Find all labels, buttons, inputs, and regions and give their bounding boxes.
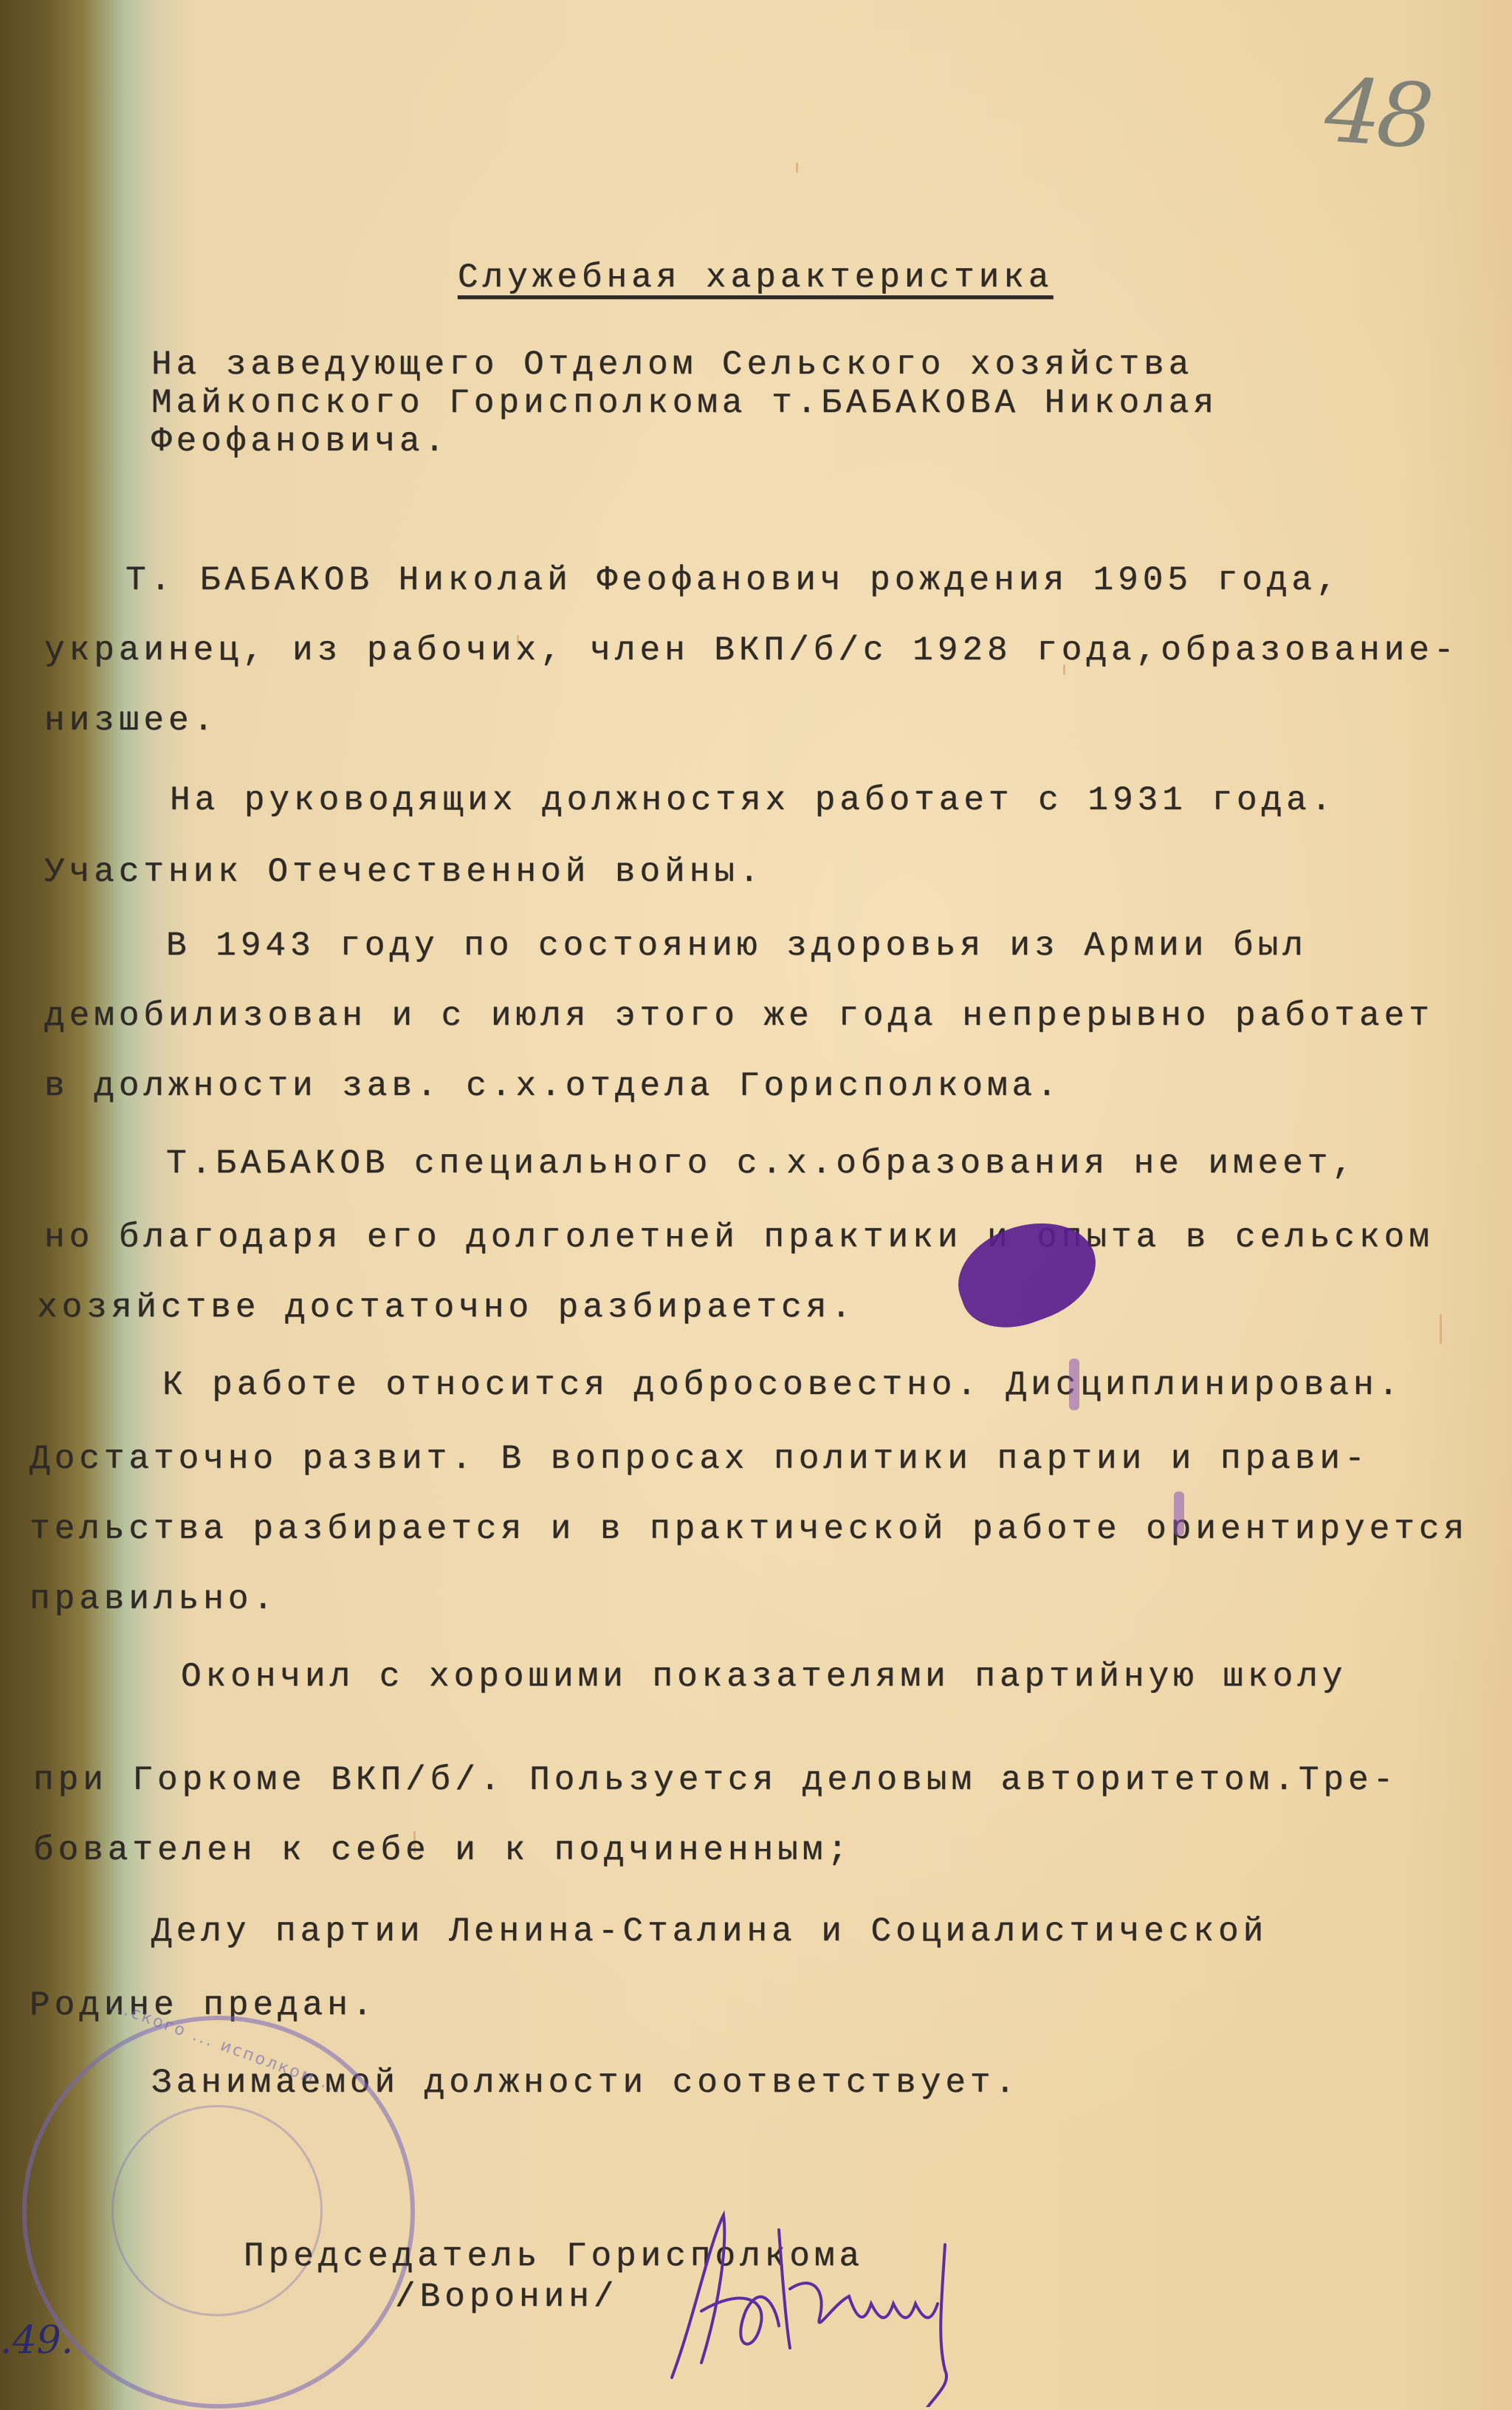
body-line: тельства разбирается и в практической ра… [30,1510,1468,1548]
body-line: Достаточно развит. В вопросах политики п… [30,1440,1370,1478]
ink-smudge [1069,1359,1079,1410]
body-line: в должности зав. с.х.отдела Горисполкома… [44,1067,1062,1105]
subject-line: На заведующего Отделом Сельского хозяйст… [151,346,1193,384]
body-line: Участник Отечественной войны. [44,853,764,891]
paper-speck [796,162,798,173]
handwritten-date: .49. [0,2318,73,2363]
body-line: Т.БАБАКОВ специального с.х.образования н… [166,1144,1357,1183]
document-title: Служебная характеристика [458,258,1054,297]
body-line: но благодаря его долголетней практики и … [44,1218,1434,1257]
body-line: при Горкоме ВКП/б/. Пользуется деловым а… [33,1761,1398,1799]
ink-smudge [1174,1491,1184,1536]
body-line: хозяйстве достаточно разбирается. [37,1288,856,1327]
body-line: низшее. [44,701,218,740]
body-line: На руководящих должностях работает с 193… [170,781,1336,820]
page-number: 48 [1322,59,1432,168]
handwritten-signature [650,2200,1034,2407]
body-line: Окончил с хорошими показателями партийну… [181,1658,1347,1696]
body-line: правильно. [30,1580,278,1618]
body-line: украинец, из рабочих, член ВКП/б/с 1928 … [44,631,1458,670]
body-line: В 1943 году по состоянию здоровья из Арм… [166,927,1307,965]
subject-line: Майкопского Горисполкома т.БАБАКОВА Нико… [151,384,1218,422]
official-stamp [22,2016,415,2409]
signatory-name: /Воронин/ [395,2278,618,2316]
body-line: бователен к себе и к подчиненным; [33,1831,852,1870]
subject-line: Феофановича. [151,422,449,461]
paper-speck [1440,1314,1442,1344]
body-line: Делу партии Ленина-Сталина и Социалистич… [151,1912,1268,1951]
body-line: Т. БАБАКОВ Николай Феофанович рождения 1… [126,561,1341,600]
body-line: демобилизован и с июля этого же года неп… [44,997,1434,1035]
body-line: К работе относится добросовестно. Дисцип… [162,1366,1403,1404]
